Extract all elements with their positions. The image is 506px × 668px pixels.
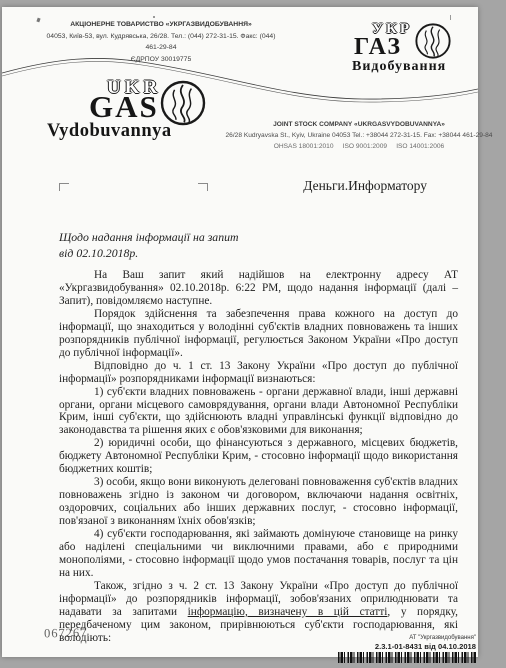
paragraph-law-ref: Відповідно до ч. 1 ст. 13 Закону України… bbox=[59, 360, 458, 386]
letterhead-en: JOINT STOCK COMPANY «UKRGASVYDOBUVANNYA»… bbox=[215, 119, 503, 152]
recipient: Деньги.Информатору bbox=[303, 178, 427, 194]
page-number-overlay: 067267 bbox=[44, 626, 88, 642]
logo-ukrgasvydobuvannya-en: UKR GAS Vydobuvannya bbox=[47, 77, 222, 145]
certifications-line: OHSAS 18001:2010 ISO 9001:2009 ISO 14001… bbox=[215, 141, 503, 152]
scan-speck bbox=[450, 15, 451, 20]
paragraph-also-underlined: інформацію, визначену в цій статті bbox=[188, 606, 388, 618]
subject-line: Щодо надання інформації на запит від 02.… bbox=[59, 230, 319, 261]
letter-page: АКЦІОНЕРНЕ ТОВАРИСТВО «УКРГАЗВИДОБУВАННЯ… bbox=[2, 7, 478, 657]
paragraph-procedure: Порядок здійснення та забезпечення права… bbox=[59, 308, 458, 360]
paragraph-intro: На Ваш запит який надійшов на електронну… bbox=[59, 269, 458, 308]
list-item-1: 1) суб'єкти владних повноважень - органи… bbox=[59, 386, 458, 438]
registration-stamp: АТ "Укргазвидобування" 2.3.1-01-8431 від… bbox=[338, 635, 476, 663]
stamp-company: АТ "Укргазвидобування" bbox=[338, 635, 476, 641]
address-corner-mark-right bbox=[198, 183, 208, 191]
subject-line-2: від 02.10.2018р. bbox=[59, 246, 319, 262]
logo-ua-mid-text: ГАЗ bbox=[354, 34, 402, 61]
list-item-2: 2) юридичні особи, що фінансуються з дер… bbox=[59, 437, 458, 476]
list-item-4: 4) суб'єкти господарювання, які займають… bbox=[59, 528, 458, 580]
logo-ua-bottom-text: Видобування bbox=[352, 59, 446, 75]
scan-speck bbox=[153, 16, 155, 18]
company-name-en: JOINT STOCK COMPANY «UKRGASVYDOBUVANNYA» bbox=[215, 119, 503, 130]
stamp-number: 2.3.1-01-8431 від 04.10.2018 bbox=[338, 642, 476, 651]
list-item-3: 3) особи, якщо вони виконують делеговані… bbox=[59, 476, 458, 528]
logo-ukrgazvydobuvannya-ua: УКР ГАЗ Видобування bbox=[352, 21, 480, 73]
logo-en-mid-text: GAS bbox=[89, 89, 159, 125]
address-corner-mark-left bbox=[59, 183, 69, 191]
company-address-en: 26/28 Kudryavska St., Kyiv, Ukraine 0405… bbox=[215, 130, 503, 141]
letter-body: На Ваш запит який надійшов на електронну… bbox=[59, 269, 458, 645]
subject-line-1: Щодо надання інформації на запит bbox=[59, 230, 319, 246]
logo-en-bottom-text: Vydobuvannya bbox=[47, 121, 172, 142]
barcode bbox=[338, 652, 476, 663]
